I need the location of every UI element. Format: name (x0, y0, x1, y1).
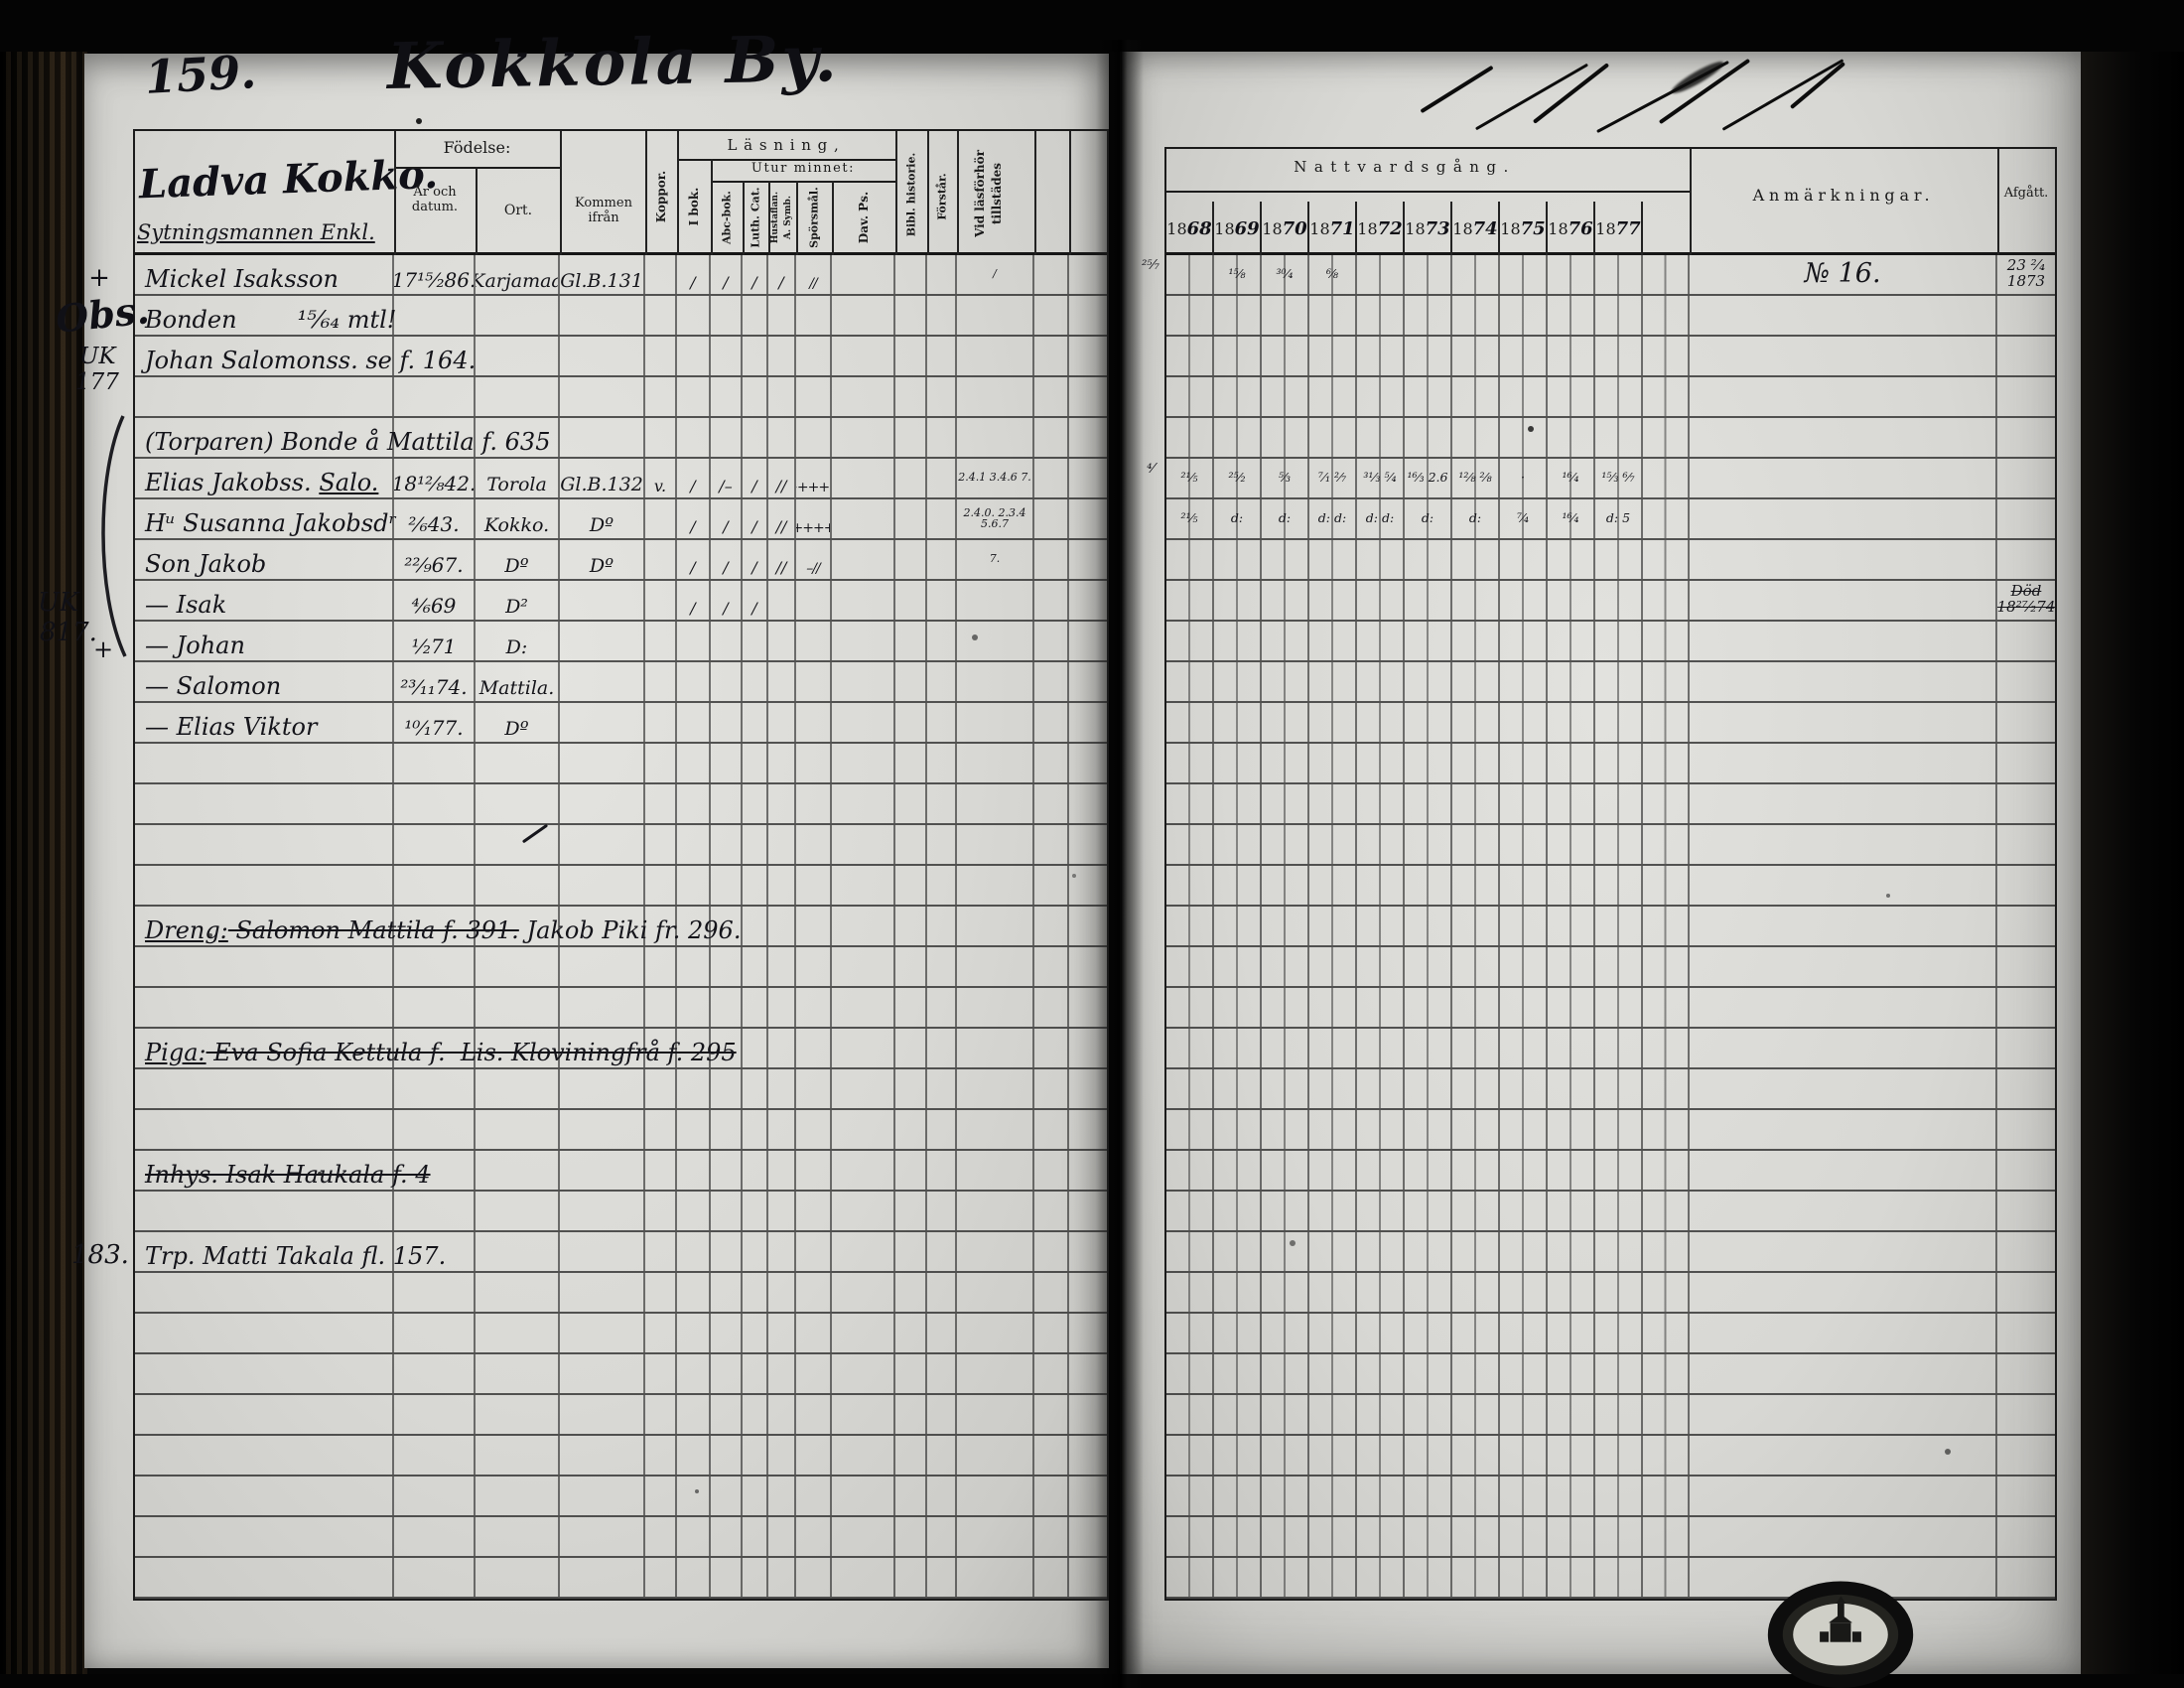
cell-yr (1357, 337, 1405, 375)
cell-x3 (1643, 255, 1690, 294)
cell-ibok (677, 622, 711, 660)
cell-yr (1309, 1436, 1357, 1475)
cell-anm (1690, 1477, 1997, 1515)
cell-abc (711, 825, 743, 864)
cell-x1 (1034, 1395, 1069, 1434)
cell-ort (476, 1436, 560, 1475)
cell-yr (1500, 1273, 1548, 1312)
table-row (135, 377, 1107, 418)
name-text: Inhys. Isak Haukala f. 4 (145, 1163, 431, 1188)
cell-yr (1357, 988, 1405, 1027)
cell-abc (711, 1273, 743, 1312)
year-header: 1868 (1166, 202, 1214, 255)
cell-x1 (1034, 1151, 1069, 1190)
cell-yr (1548, 1354, 1595, 1393)
cell-yr (1357, 540, 1405, 579)
header-vid-lasforhor: Vid läsförhör (973, 150, 987, 237)
cell-yr (1357, 947, 1405, 986)
cell-abc (711, 622, 743, 660)
cell-vl (957, 662, 1034, 701)
cell-yr (1500, 1558, 1548, 1597)
cell-ibok (677, 866, 711, 905)
cell-yr: ⁶⁄₈ (1309, 255, 1357, 294)
cell-luth (743, 1029, 768, 1067)
cell-forst (927, 1395, 957, 1434)
cell-bibl (895, 1273, 927, 1312)
name-text: Salo. (319, 471, 378, 495)
cell-afg (1997, 1069, 2055, 1108)
table-row (135, 947, 1107, 988)
cell-yr (1214, 662, 1262, 701)
cell-yr (1166, 1151, 1214, 1190)
cell-symb: // (768, 459, 796, 497)
parish-stamp (1739, 1577, 1942, 1688)
cell-yr (1214, 1069, 1262, 1108)
cell-bibl (895, 1395, 927, 1434)
cell-ort (476, 744, 560, 782)
cell-abc (711, 947, 743, 986)
cell-yr (1405, 1029, 1452, 1067)
cell-abc (711, 1395, 743, 1434)
cell-yr (1166, 622, 1214, 660)
cell-symb (768, 622, 796, 660)
cell-yr (1452, 1314, 1500, 1352)
cell-davps (832, 377, 895, 416)
year-handwritten: 68 (1187, 218, 1212, 239)
cell-from (560, 1517, 645, 1556)
cell-davps (832, 296, 895, 335)
cell-anm (1690, 1151, 1997, 1190)
cell-davps (832, 1477, 895, 1515)
table-row: — Isak⁴⁄₆69D²/// (135, 581, 1107, 622)
cell-davps (832, 1232, 895, 1271)
cell-yr (1595, 540, 1643, 579)
cell-yr (1548, 377, 1595, 416)
cell-kop (645, 1192, 677, 1230)
cell-vl (957, 1273, 1034, 1312)
table-row (1166, 1151, 2055, 1192)
year-handwritten: 74 (1473, 218, 1498, 239)
cell-yr (1548, 337, 1595, 375)
cell-yr (1405, 296, 1452, 335)
cell-ort (476, 1395, 560, 1434)
cell-davps (832, 255, 895, 294)
cell-x3 (1643, 947, 1690, 986)
cell-yr (1500, 296, 1548, 335)
year-handwritten: 69 (1235, 218, 1260, 239)
cell-yr (1548, 1436, 1595, 1475)
cell-yr (1405, 947, 1452, 986)
cell-yr (1214, 622, 1262, 660)
cell-bibl (895, 540, 927, 579)
cell-yr (1166, 1069, 1214, 1108)
cell-dat: ⁴⁄₆69 (394, 581, 476, 620)
cell-yr (1405, 662, 1452, 701)
cell-dat: ²⁄₆43. (394, 499, 476, 538)
cell-yr (1548, 988, 1595, 1027)
cell-ort: Torola (476, 459, 560, 497)
cell-dat: ²²⁄₉67. (394, 540, 476, 579)
cell-vl (957, 744, 1034, 782)
cell-afg (1997, 459, 2055, 497)
cell-kop (645, 622, 677, 660)
cell-symb (768, 1232, 796, 1271)
cell-luth (743, 703, 768, 742)
cell-bibl (895, 703, 927, 742)
cell-yr (1214, 784, 1262, 823)
cell-yr: ⁵⁄₃ (1262, 459, 1309, 497)
cell-name (135, 866, 394, 905)
cell-from (560, 1314, 645, 1352)
cell-yr (1357, 1477, 1405, 1515)
cell-yr (1166, 825, 1214, 864)
year-header-blank (1643, 202, 1690, 255)
table-row (1166, 1029, 2055, 1069)
cell-davps (832, 703, 895, 742)
table-row (1166, 988, 2055, 1029)
cell-forst (927, 1192, 957, 1230)
cell-x3 (1643, 907, 1690, 945)
cell-abc (711, 337, 743, 375)
cell-yr (1595, 1151, 1643, 1190)
cell-kop (645, 784, 677, 823)
table-row: ²⁵⁄₇¹⁵⁄₈³⁰⁄₄⁶⁄₈№ 16.23 ²⁄₄ 1873 (1166, 255, 2055, 296)
cell-ibok (677, 1517, 711, 1556)
cell-afg (1997, 866, 2055, 905)
table-row: Johan Salomonss. se f. 164. (135, 337, 1107, 377)
cell-name: Elias Jakobss. Salo. (135, 459, 394, 497)
cell-forst (927, 1314, 957, 1352)
cell-vl (957, 1151, 1034, 1190)
cell-luth (743, 744, 768, 782)
cell-x3 (1643, 540, 1690, 579)
cell-afg (1997, 1558, 2055, 1597)
cell-vl (957, 1192, 1034, 1230)
cell-yr (1548, 1110, 1595, 1149)
cell-yr: d: d: (1357, 499, 1405, 538)
cell-name: Dreng: Salomon Mattila f. 391. Jakob Pik… (135, 907, 394, 945)
cell-yr (1214, 907, 1262, 945)
year-header: 1869 (1214, 202, 1262, 255)
cell-yr (1357, 377, 1405, 416)
cell-afg (1997, 377, 2055, 416)
cell-from (560, 988, 645, 1027)
cell-name (135, 1558, 394, 1597)
cell-kop (645, 418, 677, 457)
cell-x2 (1069, 377, 1107, 416)
cell-abc (711, 1477, 743, 1515)
cell-luth (743, 1151, 768, 1190)
cell-spors: ++++++ (796, 499, 832, 538)
cell-yr (1500, 1069, 1548, 1108)
cell-spors (796, 744, 832, 782)
cell-x1 (1034, 499, 1069, 538)
cell-yr (1166, 1232, 1214, 1271)
table-row (1166, 1069, 2055, 1110)
cell-bibl (895, 1354, 927, 1393)
year-header: 1876 (1548, 202, 1595, 255)
margin-uk-number: 177 (75, 369, 119, 395)
cell-yr (1214, 1395, 1262, 1434)
cell-kop (645, 744, 677, 782)
cell-spors (796, 662, 832, 701)
table-row (1166, 1517, 2055, 1558)
cell-yr (1166, 744, 1214, 782)
cell-yr (1548, 1273, 1595, 1312)
cell-bibl (895, 1517, 927, 1556)
cell-yr (1595, 825, 1643, 864)
cell-vl (957, 418, 1034, 457)
cell-yr (1262, 703, 1309, 742)
cell-forst (927, 622, 957, 660)
cell-bibl (895, 459, 927, 497)
cell-x1 (1034, 1069, 1069, 1108)
cell-yr: ¹⁶⁄₃ 2.6 (1405, 459, 1452, 497)
header-abc-bok: Abc-bok. (721, 191, 734, 244)
cell-yr (1500, 255, 1548, 294)
cell-vl (957, 1029, 1034, 1067)
cell-ort: D: (476, 622, 560, 660)
cell-x3 (1643, 1558, 1690, 1597)
cell-yr (1452, 1029, 1500, 1067)
cell-yr (1262, 744, 1309, 782)
left-body: +Mickel Isaksson17¹⁵⁄₂86.KarjamaaGl.B.13… (135, 255, 1107, 1599)
cell-yr: d: (1262, 499, 1309, 538)
cell-abc (711, 744, 743, 782)
table-row: +Mickel Isaksson17¹⁵⁄₂86.KarjamaaGl.B.13… (135, 255, 1107, 296)
cell-abc (711, 988, 743, 1027)
cell-yr (1548, 1517, 1595, 1556)
cell-x2 (1069, 703, 1107, 742)
cell-ibok (677, 377, 711, 416)
table-row (1166, 418, 2055, 459)
cell-x3 (1643, 418, 1690, 457)
cell-yr (1166, 1517, 1214, 1556)
cell-luth: / (743, 255, 768, 294)
cell-yr (1309, 1110, 1357, 1149)
cell-bibl (895, 1069, 927, 1108)
cell-yr (1405, 866, 1452, 905)
cell-vl (957, 1395, 1034, 1434)
cell-yr (1500, 1314, 1548, 1352)
cell-yr (1452, 1395, 1500, 1434)
year-handwritten: 71 (1330, 218, 1355, 239)
cell-x3 (1643, 988, 1690, 1027)
cell-yr (1500, 662, 1548, 701)
cell-yr (1405, 418, 1452, 457)
cell-yr (1309, 907, 1357, 945)
right-body: ²⁵⁄₇¹⁵⁄₈³⁰⁄₄⁶⁄₈№ 16.23 ²⁄₄ 1873⁴⁄²¹⁄₅²⁵⁄… (1166, 255, 2055, 1599)
cell-yr (1309, 784, 1357, 823)
cell-afg (1997, 1395, 2055, 1434)
cell-symb (768, 337, 796, 375)
header-ort: Ort. (480, 203, 556, 218)
cell-vl (957, 1354, 1034, 1393)
year-handwritten: 76 (1569, 218, 1593, 239)
cell-vl (957, 825, 1034, 864)
cell-yr (1214, 581, 1262, 620)
cell-afg (1997, 1273, 2055, 1312)
cell-x3 (1643, 377, 1690, 416)
cell-yr (1166, 1314, 1214, 1352)
cell-yr (1357, 703, 1405, 742)
table-row (1166, 1436, 2055, 1477)
cell-davps (832, 1192, 895, 1230)
cell-symb (768, 1069, 796, 1108)
cell-yr (1405, 988, 1452, 1027)
cell-x3 (1643, 1192, 1690, 1230)
cell-symb (768, 296, 796, 335)
cell-dat: 18¹²⁄₈42. (394, 459, 476, 497)
cell-davps (832, 622, 895, 660)
cell-yr (1262, 784, 1309, 823)
cell-yr: d: (1214, 499, 1262, 538)
cell-dat (394, 947, 476, 986)
cell-spors (796, 1273, 832, 1312)
cell-luth (743, 1436, 768, 1475)
cell-afg (1997, 703, 2055, 742)
cell-kop (645, 1395, 677, 1434)
cell-forst (927, 418, 957, 457)
cell-yr (1405, 703, 1452, 742)
cell-ort (476, 1151, 560, 1190)
cell-x1 (1034, 1354, 1069, 1393)
cell-yr (1548, 255, 1595, 294)
cell-symb (768, 1110, 796, 1149)
cell-anm (1690, 418, 1997, 457)
cell-bibl (895, 418, 927, 457)
cell-name: — Salomon (135, 662, 394, 701)
cell-abc (711, 1558, 743, 1597)
table-row (1166, 744, 2055, 784)
cell-yr (1500, 622, 1548, 660)
cell-yr (1357, 825, 1405, 864)
cell-yr: ¹²⁄₈ ²⁄₈ (1452, 459, 1500, 497)
header-line (927, 131, 929, 255)
header-afgatt: Afgått. (1997, 187, 2055, 202)
cell-forst (927, 337, 957, 375)
cell-anm (1690, 825, 1997, 864)
cell-x1 (1034, 703, 1069, 742)
cell-ibok (677, 703, 711, 742)
cell-spors (796, 907, 832, 945)
cell-x2 (1069, 744, 1107, 782)
cell-symb (768, 1436, 796, 1475)
cell-abc (711, 1436, 743, 1475)
cell-bibl (895, 866, 927, 905)
table-row (135, 784, 1107, 825)
year-print: 18 (1357, 219, 1377, 238)
cell-spors (796, 1192, 832, 1230)
cell-yr (1166, 1192, 1214, 1230)
cell-vl (957, 947, 1034, 986)
cell-from (560, 662, 645, 701)
cell-ibok (677, 1395, 711, 1434)
cell-abc (711, 377, 743, 416)
cell-anm (1690, 459, 1997, 497)
cell-vl (957, 1069, 1034, 1108)
cell-name: +Mickel Isaksson (135, 255, 394, 294)
cell-x1 (1034, 255, 1069, 294)
cell-ort (476, 988, 560, 1027)
cell-vl (957, 1517, 1034, 1556)
cell-yr (1214, 825, 1262, 864)
cell-afg (1997, 1110, 2055, 1149)
cell-afg (1997, 1232, 2055, 1271)
cell-yr (1452, 988, 1500, 1027)
cell-anm (1690, 1029, 1997, 1067)
table-row: — Elias Viktor¹⁰⁄₁77.Dº (135, 703, 1107, 744)
cell-yr (1214, 988, 1262, 1027)
name-text: Bonden ¹⁵⁄₆₄ mtl! (145, 308, 396, 333)
cell-spors (796, 1436, 832, 1475)
cell-luth: / (743, 581, 768, 620)
header-dav-ps: Dav. Ps. (857, 192, 871, 243)
cell-symb (768, 825, 796, 864)
cell-yr (1262, 947, 1309, 986)
cell-forst (927, 1151, 957, 1190)
cell-yr (1452, 377, 1500, 416)
cell-from (560, 1558, 645, 1597)
header-line (796, 181, 798, 255)
cell-ort (476, 1517, 560, 1556)
cell-yr (1166, 337, 1214, 375)
name-text: Trp. Matti Takala fl. 157. (145, 1244, 446, 1269)
cell-yr: ²¹⁄₅ (1166, 459, 1214, 497)
cell-yr (1548, 1558, 1595, 1597)
cell-yr (1595, 296, 1643, 335)
ledger-scan: 159. Kokkola By. Ladva Kokko. Sytningsma… (0, 0, 2184, 1688)
cell-yr (1214, 337, 1262, 375)
cell-yr: ¹⁵⁄₃ ⁶⁄₇ (1595, 459, 1643, 497)
cell-symb (768, 866, 796, 905)
name-text: Johan Salomonss. se f. 164. (145, 349, 476, 373)
cell-yr (1595, 581, 1643, 620)
cell-yr (1309, 622, 1357, 660)
cell-vl (957, 1436, 1034, 1475)
cell-kop (645, 662, 677, 701)
cell-yr (1405, 1558, 1452, 1597)
cell-forst (927, 784, 957, 823)
cell-symb (768, 1517, 796, 1556)
cell-x3 (1643, 744, 1690, 782)
cell-yr (1405, 1232, 1452, 1271)
table-row (135, 744, 1107, 784)
cell-x1 (1034, 1192, 1069, 1230)
table-row (135, 1436, 1107, 1477)
cell-name: Hᵘ Susanna Jakobsdʳ (135, 499, 394, 538)
cell-luth (743, 1069, 768, 1108)
book-spine-edge (0, 0, 87, 1688)
cell-yr (1595, 1232, 1643, 1271)
cell-yr (1452, 1558, 1500, 1597)
cell-kop (645, 377, 677, 416)
cell-spors (796, 337, 832, 375)
cell-ibok: / (677, 459, 711, 497)
cell-abc (711, 1314, 743, 1352)
cell-x2 (1069, 1069, 1107, 1108)
cell-x2 (1069, 1192, 1107, 1230)
cell-ibok (677, 1354, 711, 1393)
cell-luth (743, 1273, 768, 1312)
cell-yr (1405, 255, 1452, 294)
cell-x1 (1034, 540, 1069, 579)
cell-davps (832, 418, 895, 457)
cell-yr (1405, 1192, 1452, 1230)
cell-x2 (1069, 866, 1107, 905)
cell-bibl (895, 1192, 927, 1230)
header-utur-minnet: Utur minnet: (711, 162, 895, 177)
